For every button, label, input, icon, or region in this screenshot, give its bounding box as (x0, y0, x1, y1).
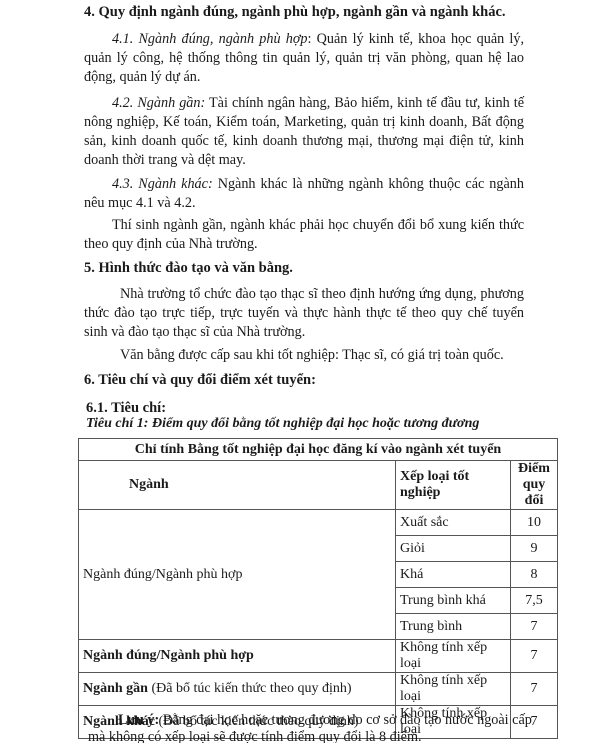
section-5-heading: 5. Hình thức đào tạo và văn bằng. (84, 260, 293, 277)
major-name: Ngành đúng/Ngành phù hợp (83, 648, 254, 663)
score-cell: 7 (511, 614, 558, 640)
score-cell: 7 (511, 640, 558, 673)
score-cell: 8 (511, 562, 558, 588)
section-5-paragraph-2: Văn bằng được cấp sau khi tốt nghiệp: Th… (84, 346, 524, 365)
score-cell: 9 (511, 536, 558, 562)
footnote-text-1: Bằng đại học hoặc tương đương do cơ sở đ… (159, 712, 532, 728)
score-cell: 7,5 (511, 588, 558, 614)
section-4-note-text: Thí sinh ngành gần, ngành khác phải học … (84, 217, 524, 252)
score-cell: 7 (511, 673, 558, 706)
section-4-note: Thí sinh ngành gần, ngành khác phải học … (84, 216, 524, 254)
header-score: Điểm quy đổi (511, 461, 558, 510)
score-cell: 10 (511, 510, 558, 536)
table-title: Chỉ tính Bằng tốt nghiệp đại học đăng kí… (79, 439, 558, 461)
document-page: 4. Quy định ngành đúng, ngành phù hợp, n… (0, 0, 600, 743)
table-row: Ngành đúng/Ngành phù hợp Xuất sắc 10 (79, 510, 558, 536)
section-4-3-label: 4.3. Ngành khác: (112, 176, 213, 192)
section-4-2-label: 4.2. Ngành gần: (112, 95, 205, 111)
table-header-row: Ngành Xếp loại tốt nghiệp Điểm quy đổi (79, 461, 558, 510)
section-4-1-label: 4.1. Ngành đúng, ngành phù hợp (112, 31, 308, 47)
group-major: Ngành đúng/Ngành phù hợp (79, 510, 396, 640)
rank-cell: Giỏi (396, 536, 511, 562)
section-6-1-heading: 6.1. Tiêu chí: (86, 400, 166, 417)
rank-cell: Khá (396, 562, 511, 588)
rank-cell: Xuất sắc (396, 510, 511, 536)
table-row: Ngành đúng/Ngành phù hợp Không tính xếp … (79, 640, 558, 673)
rank-cell: Không tính xếp loại (396, 640, 511, 673)
table-row: Ngành gần (Đã bổ túc kiến thức theo quy … (79, 673, 558, 706)
section-4-heading: 4. Quy định ngành đúng, ngành phù hợp, n… (84, 4, 506, 21)
section-4-1-paragraph: 4.1. Ngành đúng, ngành phù hợp: Quản lý … (84, 30, 524, 87)
section-5-paragraph-1-text: Nhà trường tổ chức đào tạo thạc sĩ theo … (84, 286, 524, 340)
rank-cell: Trung bình (396, 614, 511, 640)
section-4-3-paragraph: 4.3. Ngành khác: Ngành khác là những ngà… (84, 175, 524, 213)
footnote-label: Lưu ý: (118, 712, 159, 728)
criterion-1-title: Tiêu chí 1: Điểm quy đổi bằng tốt nghiệp… (86, 416, 479, 432)
table-title-row: Chỉ tính Bằng tốt nghiệp đại học đăng kí… (79, 439, 558, 461)
score-conversion-table: Chỉ tính Bằng tốt nghiệp đại học đăng kí… (78, 438, 558, 739)
footnote-line-2: mà không có xếp loại sẽ được tính điểm q… (88, 729, 422, 743)
rank-cell: Trung bình khá (396, 588, 511, 614)
section-4-2-paragraph: 4.2. Ngành gần: Tài chính ngân hàng, Bảo… (84, 94, 524, 170)
header-rank: Xếp loại tốt nghiệp (396, 461, 511, 510)
major-cell: Ngành đúng/Ngành phù hợp (79, 640, 396, 673)
footnote-line-1: Lưu ý: Bằng đại học hoặc tương đương do … (118, 712, 532, 729)
section-6-heading: 6. Tiêu chí và quy đổi điểm xét tuyển: (84, 372, 316, 389)
rank-cell: Không tính xếp loại (396, 673, 511, 706)
major-cell: Ngành gần (Đã bổ túc kiến thức theo quy … (79, 673, 396, 706)
header-major: Ngành (79, 461, 396, 510)
section-5-paragraph-2-text: Văn bằng được cấp sau khi tốt nghiệp: Th… (120, 347, 504, 363)
major-note: (Đã bổ túc kiến thức theo quy định) (148, 681, 352, 696)
section-5-paragraph-1: Nhà trường tổ chức đào tạo thạc sĩ theo … (84, 285, 524, 342)
major-name: Ngành gần (83, 681, 148, 696)
